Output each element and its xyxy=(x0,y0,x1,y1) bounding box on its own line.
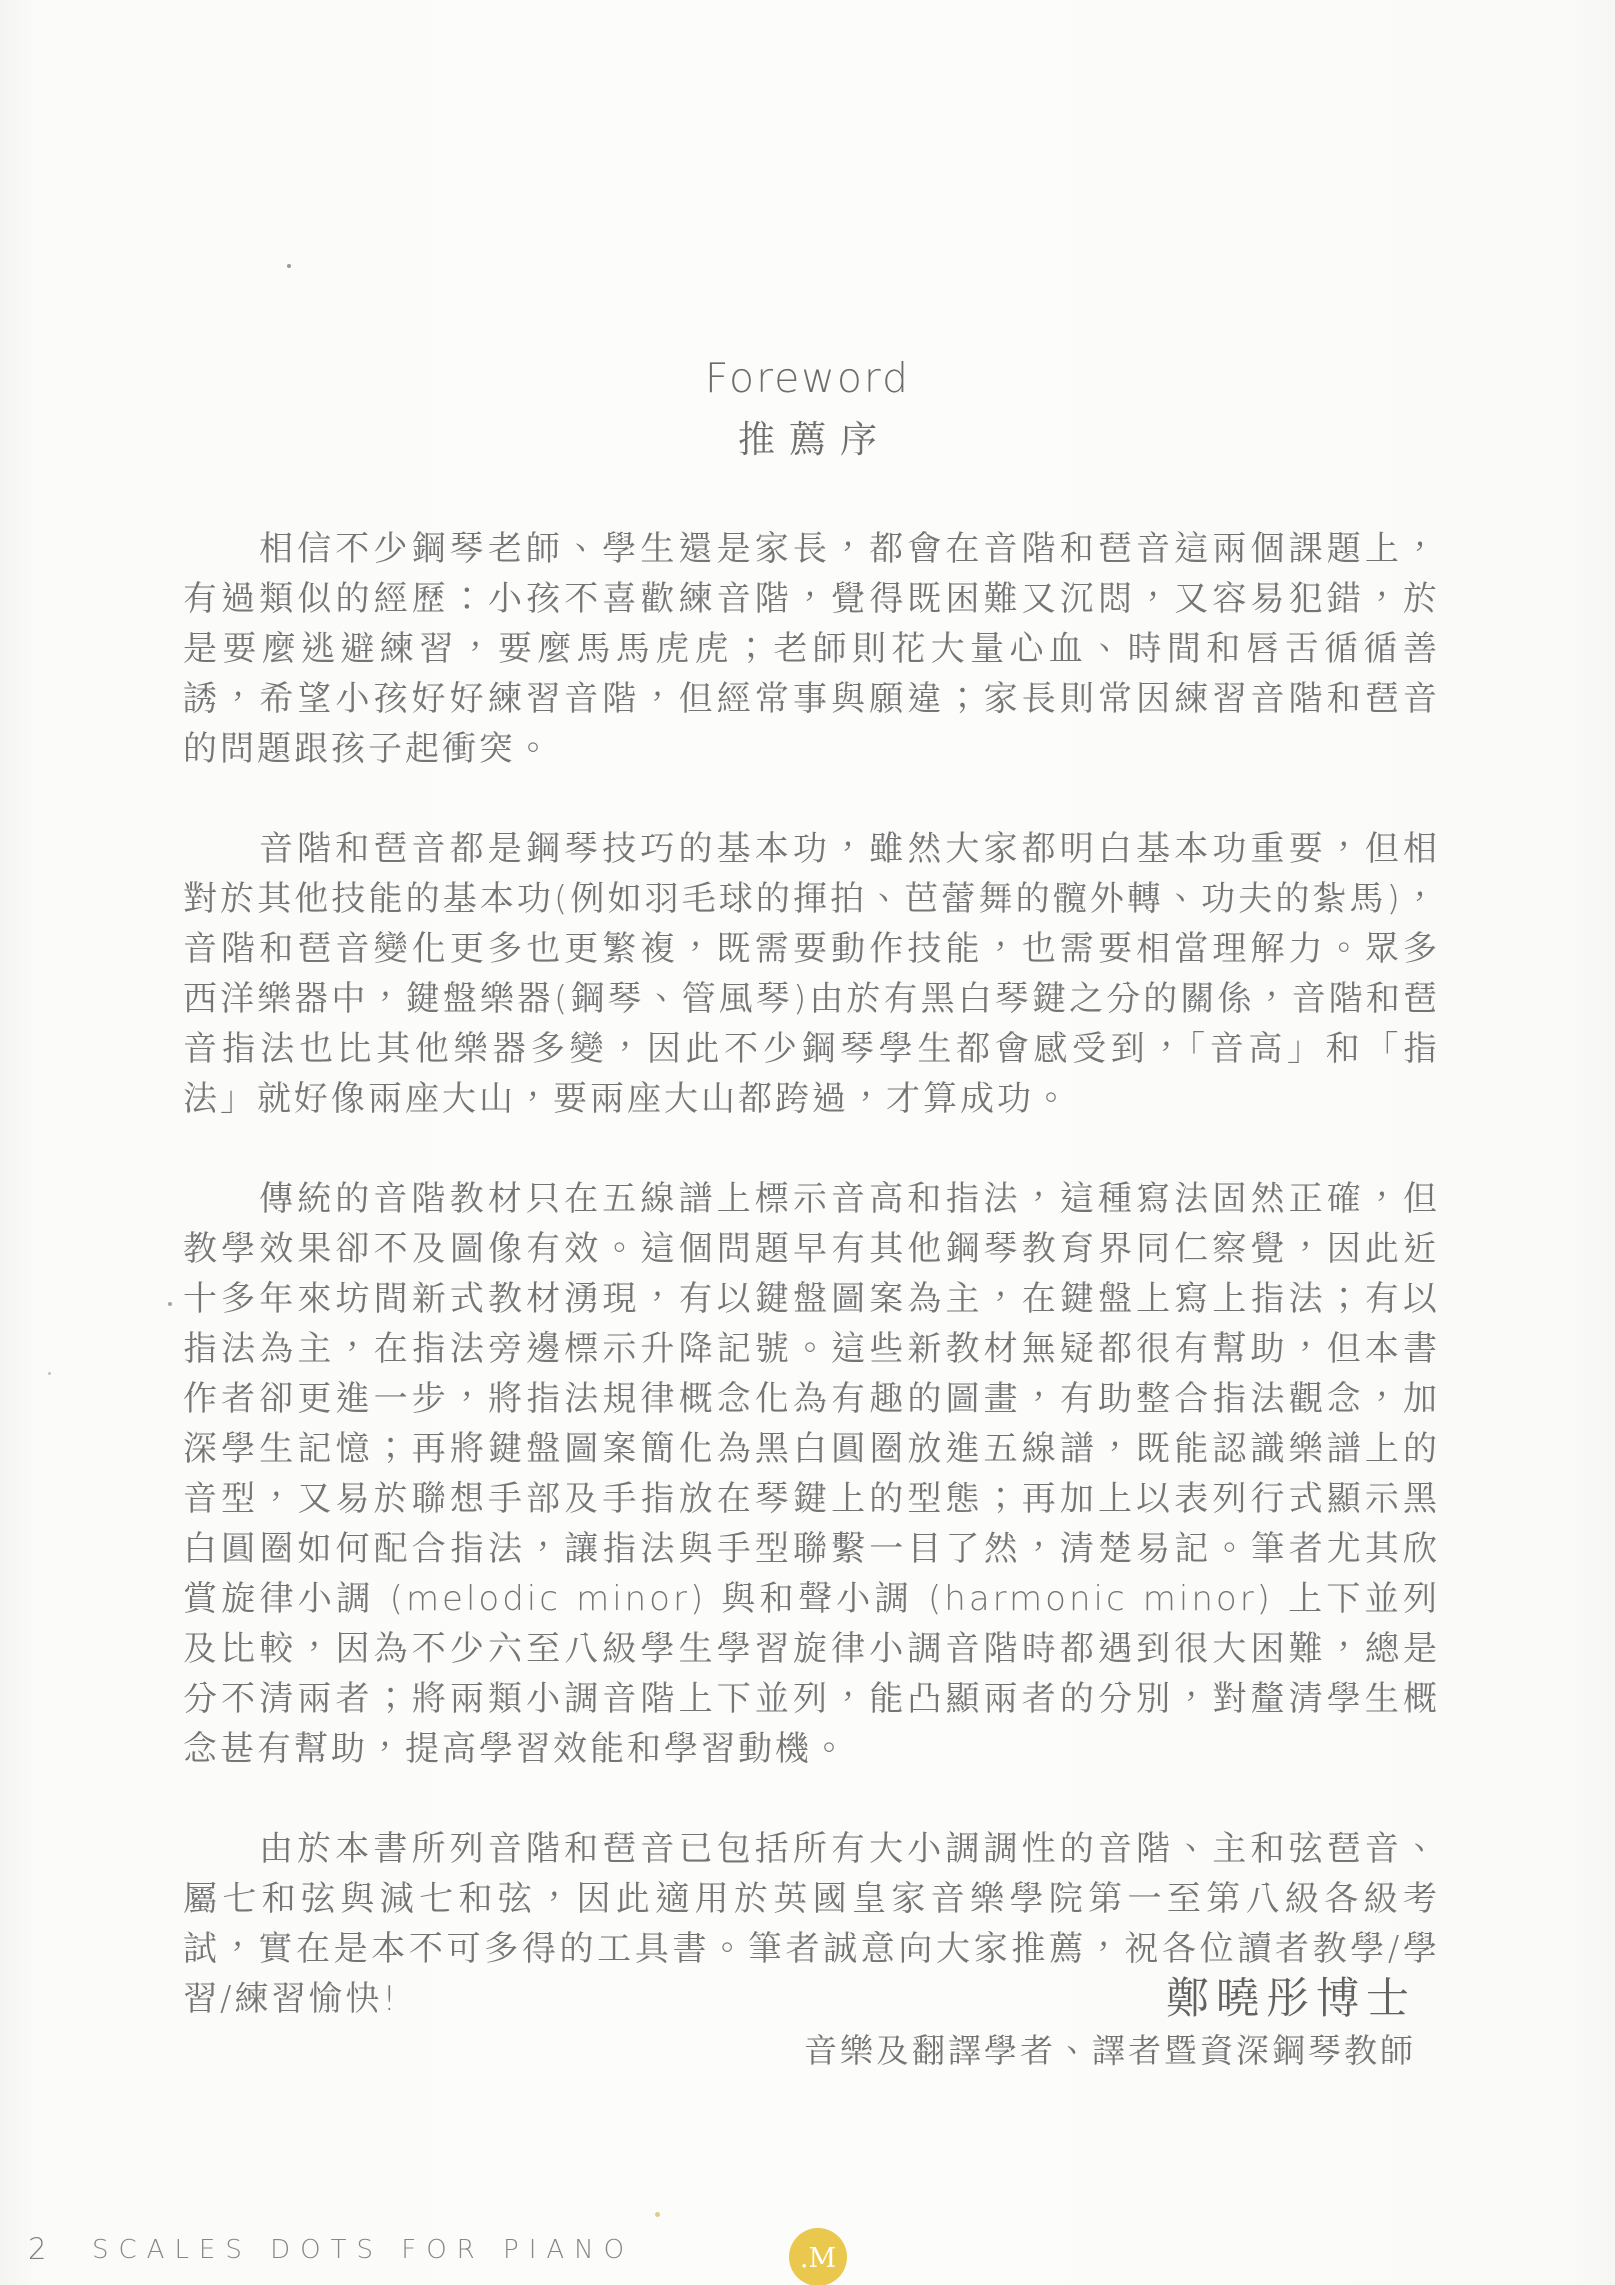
scan-speck xyxy=(48,1372,51,1375)
book-title: SCALES DOTS FOR PIANO xyxy=(92,2235,634,2265)
publisher-logo-letter: .M xyxy=(800,2245,836,2272)
foreword-paragraph-2: 音階和琶音都是鋼琴技巧的基本功，雖然大家都明白基本功重要，但相對於其他技能的基本… xyxy=(183,824,1440,1124)
page-title-chinese: 推薦序 xyxy=(0,421,1615,458)
author-name: 鄭曉彤博士 xyxy=(183,1976,1440,2023)
scan-speck xyxy=(655,2212,660,2217)
page-number: 2 xyxy=(28,2232,46,2266)
foreword-paragraph-1: 相信不少鋼琴老師、學生還是家長，都會在音階和琶音這兩個課題上，有過類似的經歷：小… xyxy=(183,524,1440,774)
author-role: 音樂及翻譯學者、譯者暨資深鋼琴教師 xyxy=(183,2033,1440,2069)
foreword-body: 相信不少鋼琴老師、學生還是家長，都會在音階和琶音這兩個課題上，有過類似的經歷：小… xyxy=(183,524,1440,2074)
signature-block: 鄭曉彤博士 音樂及翻譯學者、譯者暨資深鋼琴教師 xyxy=(183,1976,1440,2070)
foreword-paragraph-3: 傳統的音階教材只在五線譜上標示音高和指法，這種寫法固然正確，但教學效果卻不及圖像… xyxy=(183,1174,1440,1774)
foreword-title-block: Foreword 推薦序 xyxy=(0,358,1615,458)
scan-speck xyxy=(168,1302,172,1306)
scanned-book-page: Foreword 推薦序 相信不少鋼琴老師、學生還是家長，都會在音階和琶音這兩個… xyxy=(0,0,1615,2285)
scan-speck xyxy=(287,264,291,268)
page-footer: 2 SCALES DOTS FOR PIANO .M xyxy=(0,2228,1615,2285)
page-title-english: Foreword xyxy=(0,358,1615,399)
publisher-logo-icon: .M xyxy=(789,2228,847,2285)
